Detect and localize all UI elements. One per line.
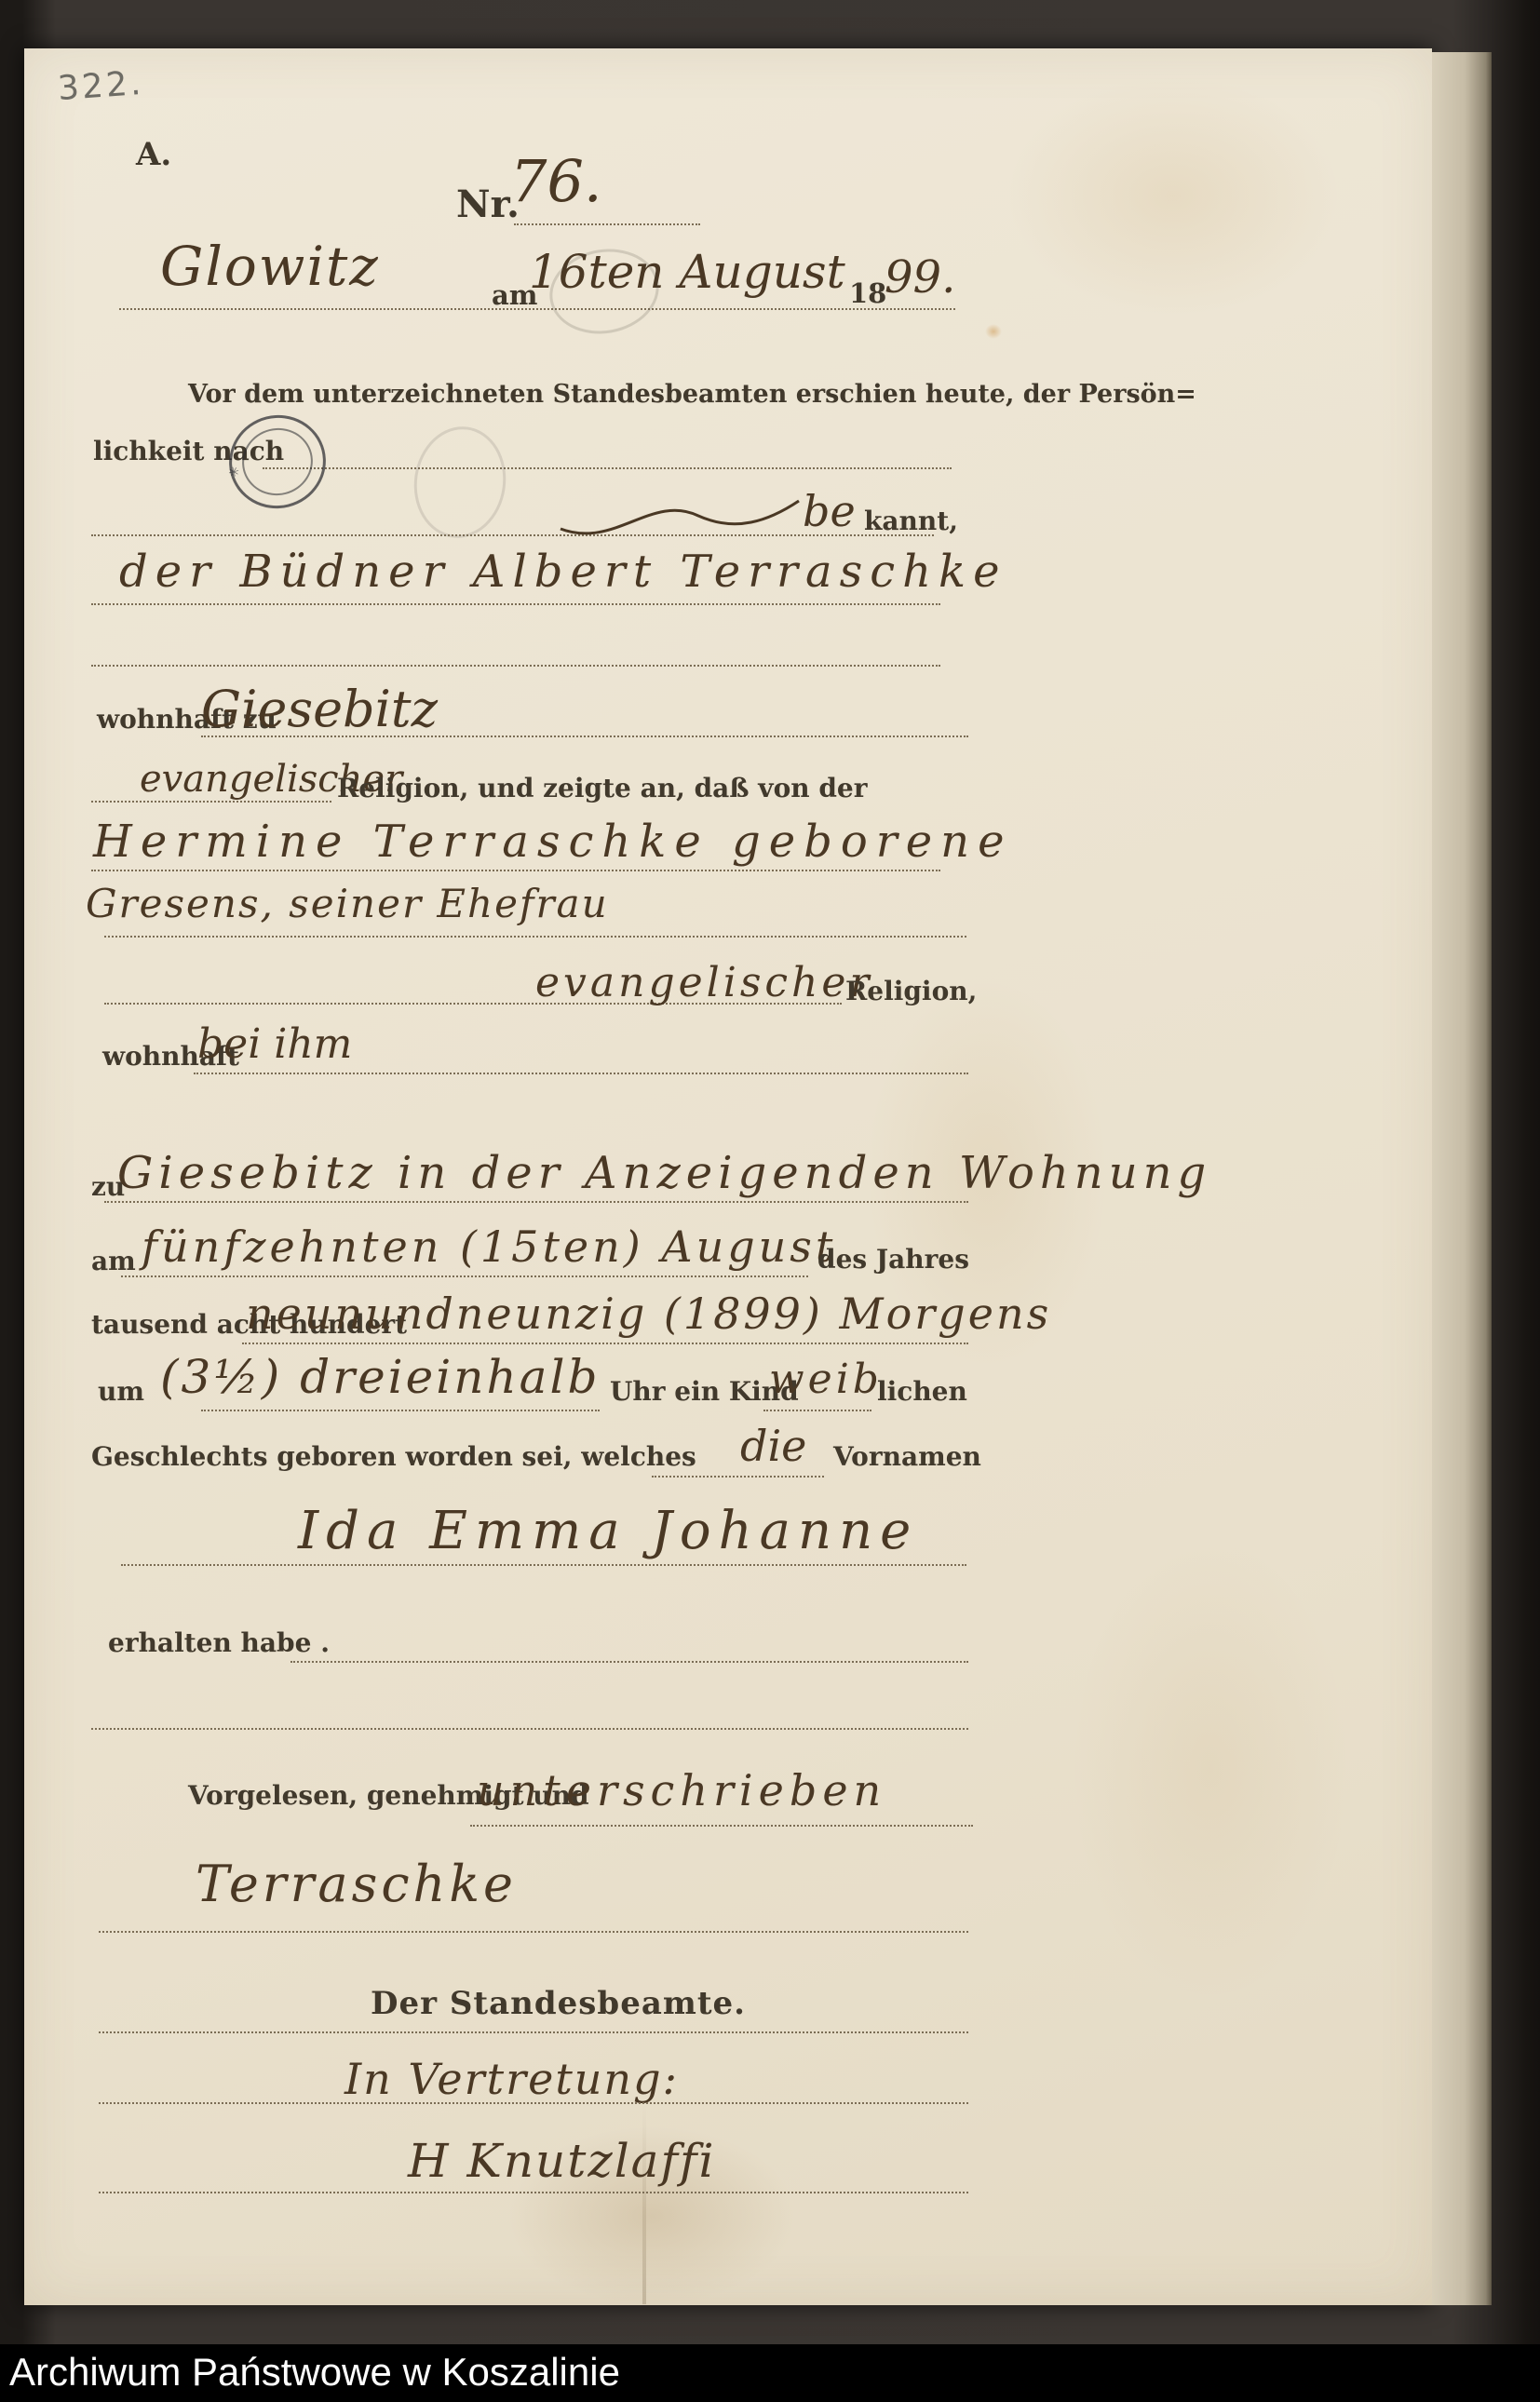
erhalten-label: erhalten habe . — [108, 1627, 330, 1658]
um-label: um — [98, 1376, 144, 1407]
dotted-rule — [121, 1564, 966, 1566]
am2-label: am — [91, 1246, 136, 1276]
dotted-rule — [91, 801, 331, 803]
des-jahres-label: des Jahres — [817, 1244, 969, 1275]
mother-name: Hermine Terraschke geborene — [93, 816, 1012, 868]
next-page-edge — [1432, 52, 1492, 2305]
dotted-rule — [91, 870, 940, 871]
vornamen-label: Vornamen — [833, 1441, 981, 1472]
dotted-rule — [201, 1410, 600, 1411]
birth-day: fünfzehnten (15ten) August — [142, 1221, 836, 1272]
declarant-signature: Terraschke — [196, 1855, 517, 1913]
declarant-name: der Büdner Albert Terraschke — [119, 546, 1007, 598]
birth-place: Giesebitz in der Anzeigenden Wohnung — [117, 1147, 1211, 1199]
record-year: 99. — [885, 251, 955, 304]
dotted-rule — [99, 2031, 968, 2033]
dotted-rule — [99, 2192, 968, 2193]
form-letter: A. — [136, 136, 171, 173]
dotted-rule — [91, 1728, 968, 1730]
bekannt-hand: be — [803, 486, 856, 536]
unterschrieben-hand: unterschrieben — [477, 1765, 886, 1815]
record-number: 76. — [510, 147, 602, 215]
dotted-rule — [514, 223, 700, 225]
dotted-rule — [263, 467, 952, 469]
birth-time: (3½) dreieinhalb — [160, 1350, 600, 1404]
dotted-rule — [104, 1201, 968, 1203]
archive-watermark-bar: Archiwum Państwowe w Koszalinie — [0, 2344, 1540, 2402]
dotted-rule — [242, 1343, 968, 1344]
declarant-residence: Giesebitz — [201, 680, 438, 738]
religion-printed-1: Religion, und zeigte an, daß von der — [337, 773, 868, 803]
pen-flourish — [559, 484, 801, 549]
birth-year: neunundneunzig (1899) Morgens — [246, 1289, 1051, 1339]
in-vertretung: In Vertretung: — [344, 2054, 679, 2104]
document-scan: 322. A. Nr. 76. Glowitz am 16ten August … — [0, 0, 1540, 2402]
dotted-rule — [104, 936, 966, 938]
pencil-page-number: 322. — [57, 64, 145, 108]
child-sex: weib — [769, 1356, 883, 1403]
dotted-rule — [201, 735, 968, 737]
registrar-title: Der Standesbeamte. — [371, 1985, 746, 2022]
intro-line-1: Vor dem unterzeichneten Standesbeamten e… — [188, 380, 1196, 409]
dotted-rule — [652, 1476, 824, 1478]
bekannt-printed: kannt, — [864, 506, 958, 536]
sex-suffix: lichen — [877, 1376, 967, 1407]
dotted-rule — [121, 1275, 808, 1277]
article-die: die — [740, 1421, 806, 1471]
dotted-rule — [194, 1073, 968, 1074]
dotted-rule — [99, 2102, 968, 2104]
geschlechts-line: Geschlechts geboren worden sei, welches — [91, 1441, 696, 1472]
dotted-rule — [99, 1931, 968, 1933]
dotted-rule — [290, 1661, 968, 1663]
mother-religion: evangelischer — [535, 959, 872, 1006]
dotted-rule — [763, 1410, 871, 1411]
dotted-rule — [470, 1825, 973, 1827]
record-place: Glowitz — [160, 235, 380, 298]
registrar-signature: H Knutzlaffi — [408, 2134, 716, 2188]
mother-residence: bei ihm — [197, 1020, 352, 1068]
dotted-rule — [91, 665, 940, 667]
archive-name: Archiwum Państwowe w Koszalinie — [9, 2350, 620, 2395]
dotted-rule — [91, 603, 940, 605]
child-name: Ida Emma Johanne — [298, 1501, 918, 1561]
century-printed: 18 — [849, 277, 886, 309]
religion-printed-2: Religion, — [845, 976, 977, 1006]
mother-maiden-name: Gresens, seiner Ehefrau — [86, 881, 609, 926]
